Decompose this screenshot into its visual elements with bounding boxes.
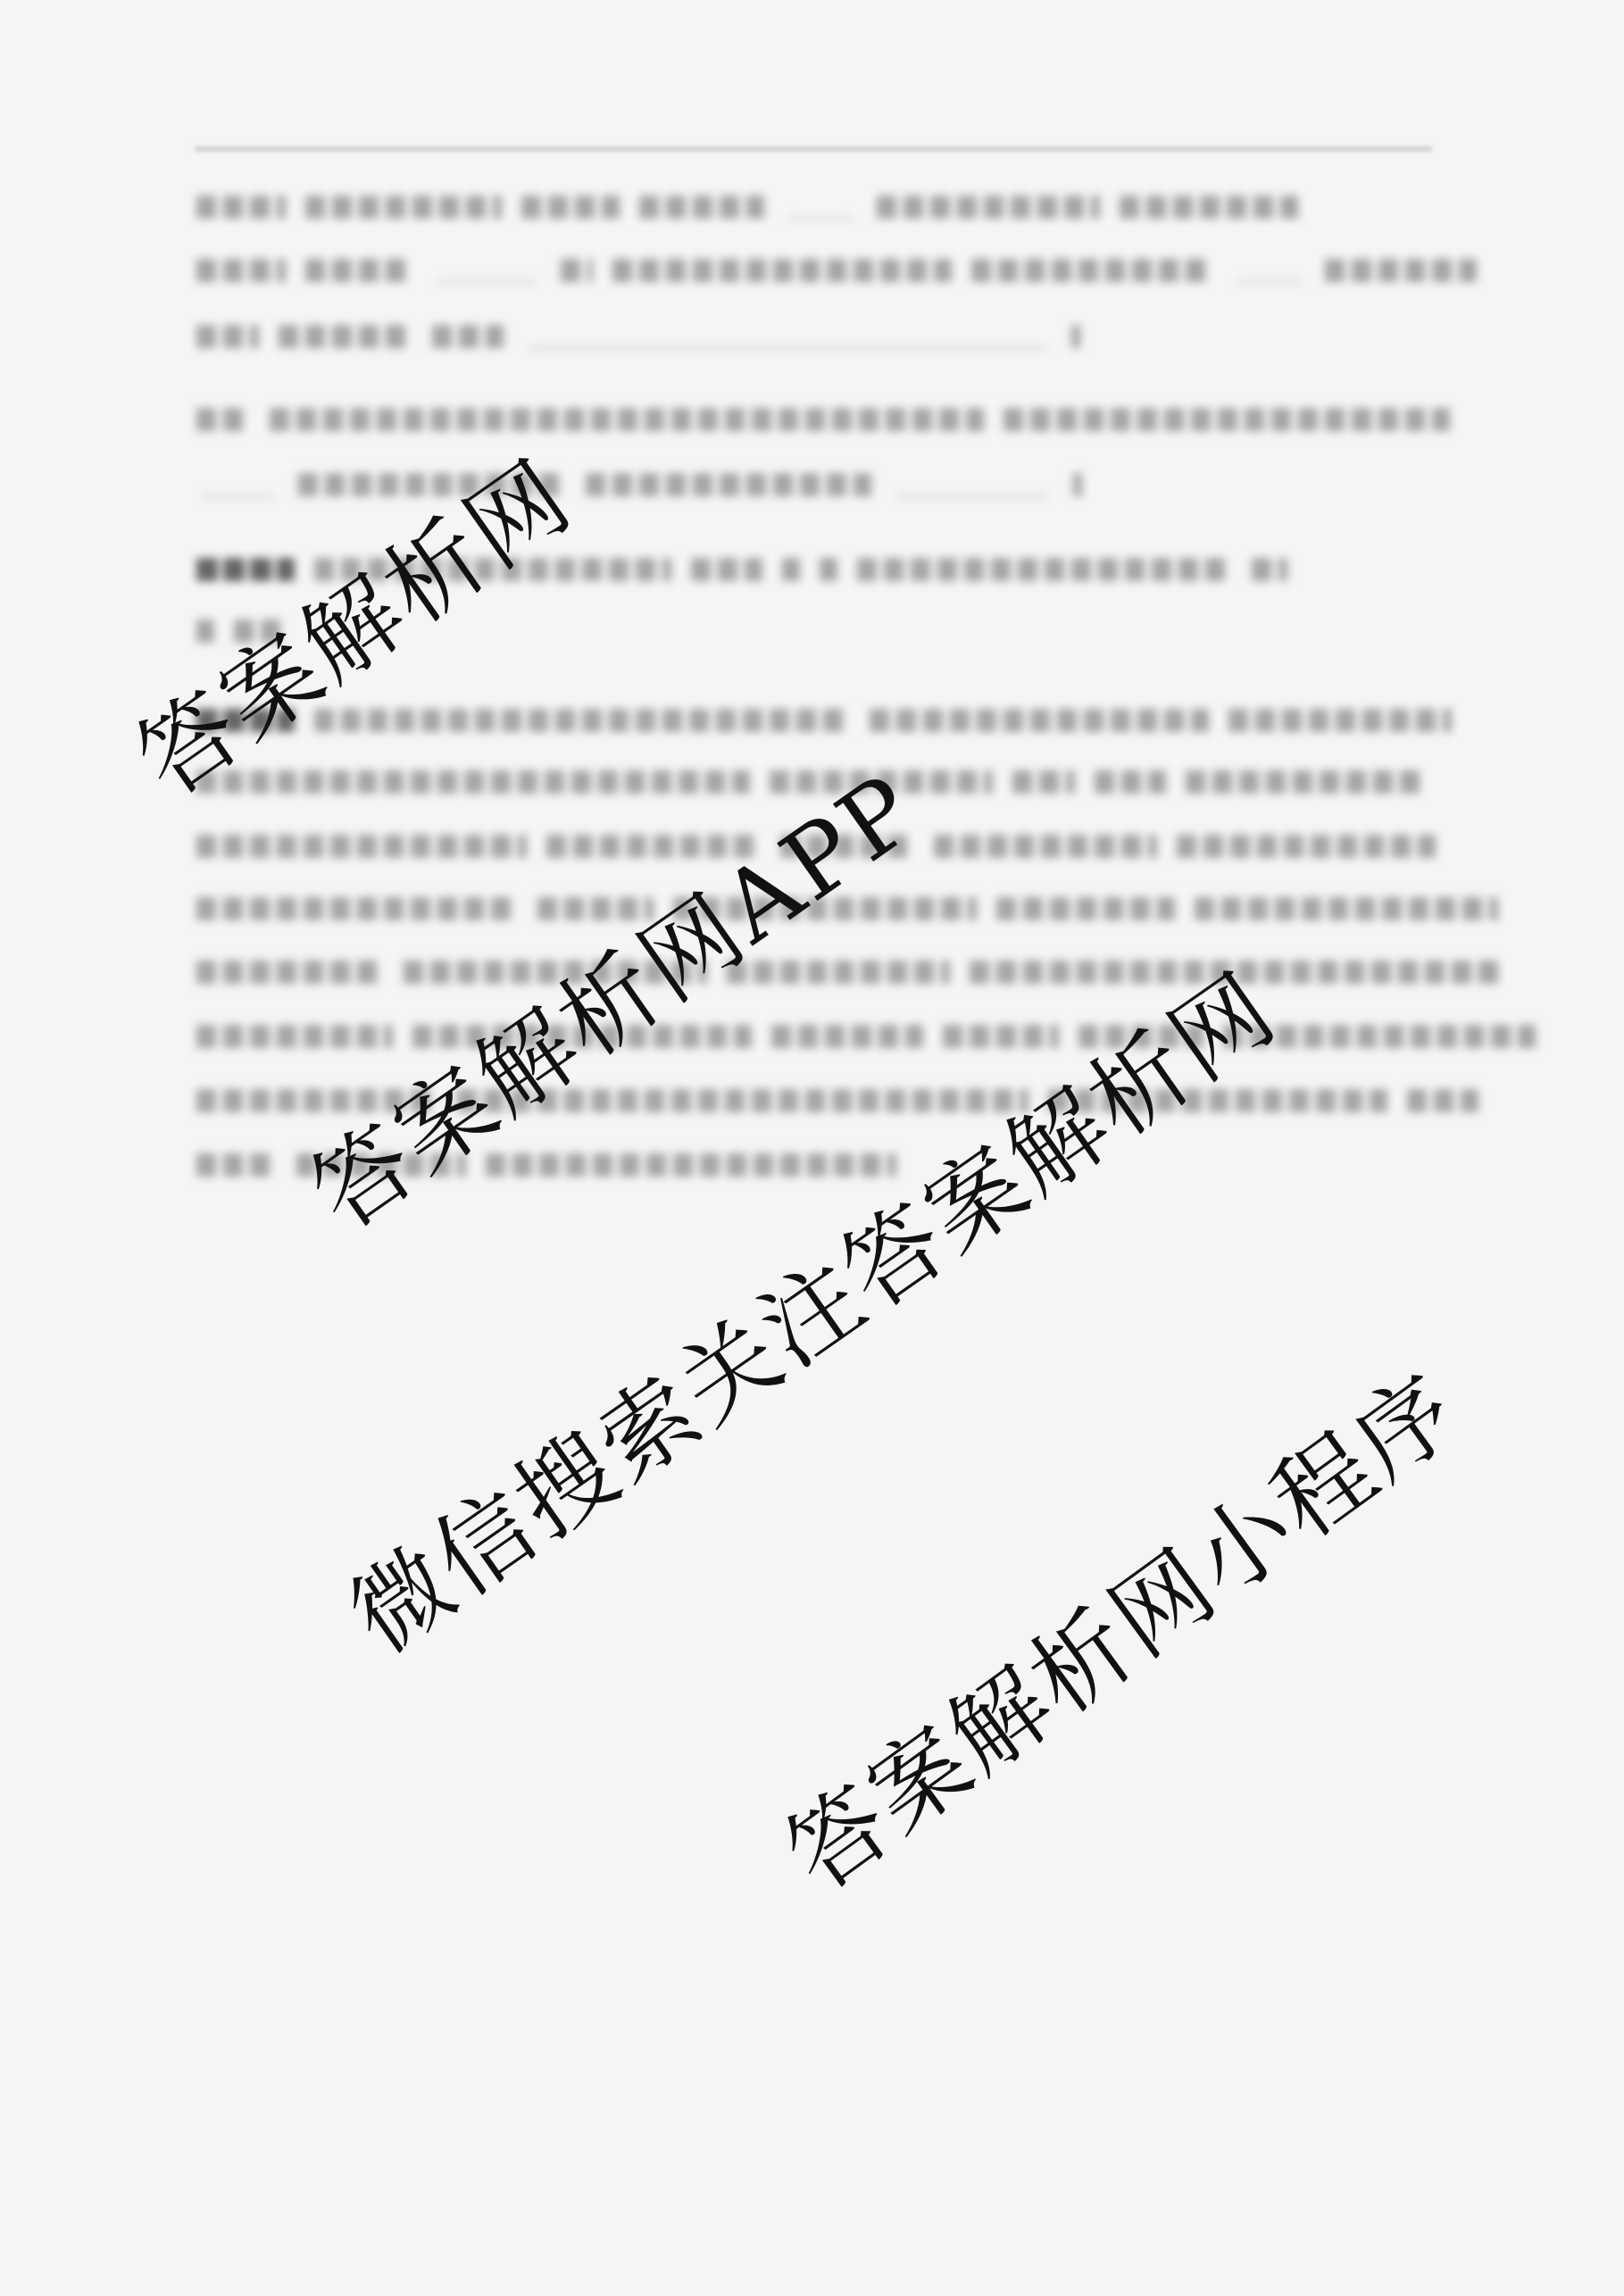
blurred-text — [1177, 835, 1436, 858]
blurred-text — [1071, 325, 1080, 348]
blurred-text — [196, 620, 214, 643]
blurred-text — [196, 770, 750, 794]
document-page: 答案解析网答案解析网APP微信搜索关注答案解析网答案解析网小程序 — [0, 0, 1624, 2296]
blurred-text — [196, 1025, 393, 1048]
blurred-text — [486, 1153, 896, 1177]
blurred-text — [196, 195, 286, 219]
blurred-text — [1228, 709, 1452, 732]
blurred-text — [196, 961, 384, 984]
blurred-text — [537, 897, 654, 920]
blurred-text — [996, 897, 1175, 920]
blurred-text — [1004, 408, 1450, 431]
blurred-text-line — [196, 189, 1298, 225]
blurred-text-line — [196, 1019, 1536, 1054]
blurred-text — [314, 709, 850, 732]
blurred-text — [612, 259, 952, 282]
blurred-text — [196, 325, 259, 348]
fill-in-blank — [896, 472, 1048, 497]
blurred-text — [432, 325, 504, 348]
blurred-text — [196, 835, 527, 858]
blurred-text — [1095, 770, 1166, 794]
blurred-text — [877, 195, 1100, 219]
blurred-text — [1012, 770, 1075, 794]
blurred-text — [639, 195, 764, 219]
blurred-text — [561, 259, 593, 282]
blurred-text — [820, 558, 837, 581]
blurred-text — [971, 259, 1212, 282]
blurred-text — [196, 1153, 277, 1177]
blurred-text — [1120, 195, 1298, 219]
blurred-text — [1325, 259, 1477, 282]
blurred-text — [782, 558, 800, 581]
blurred-text — [196, 408, 250, 431]
blurred-text-line — [196, 319, 1080, 354]
fill-in-blank — [789, 195, 852, 220]
blurred-text — [1195, 897, 1498, 920]
blurred-text — [1252, 558, 1287, 581]
fill-in-blank — [1237, 258, 1300, 283]
blurred-text-line — [196, 703, 1452, 738]
blurred-text-line — [196, 764, 1427, 800]
blurred-text — [521, 195, 620, 219]
blurred-document-body — [0, 0, 1624, 1250]
blurred-text — [870, 709, 1209, 732]
blurred-text — [305, 195, 502, 219]
blurred-text — [691, 558, 762, 581]
blurred-text-line — [196, 954, 1505, 990]
blurred-text — [1073, 473, 1082, 496]
blurred-text — [857, 558, 1232, 581]
blurred-text — [1407, 1089, 1478, 1112]
watermark-text: 答案解析网小程序 — [772, 1359, 1476, 1907]
blurred-text-line — [196, 253, 1477, 288]
blurred-text — [934, 835, 1157, 858]
blurred-text — [586, 473, 871, 496]
blurred-text — [270, 408, 984, 431]
blurred-text-line — [196, 467, 1082, 503]
blurred-text — [196, 897, 518, 920]
blurred-text — [305, 259, 412, 282]
fill-in-blank — [437, 258, 536, 283]
blurred-text — [196, 259, 286, 282]
fill-in-blank — [529, 324, 1046, 349]
section-label-blurred — [196, 558, 295, 581]
blurred-text — [943, 1025, 1059, 1048]
blurred-text — [279, 325, 412, 348]
blurred-text-line — [196, 402, 1450, 437]
blurred-text — [771, 1025, 923, 1048]
fill-in-blank — [202, 472, 273, 497]
blurred-text — [1186, 770, 1427, 794]
